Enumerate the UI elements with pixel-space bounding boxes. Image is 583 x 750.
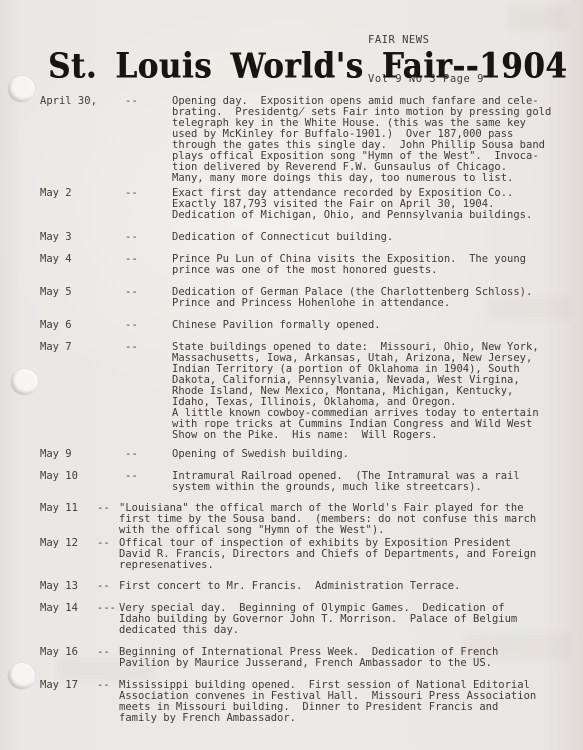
entry-text: Exact first day attendance recorded by E…	[172, 188, 560, 221]
entry-date: May 2	[40, 188, 125, 199]
entry-date: May 9	[40, 449, 125, 460]
entry-dash: --	[97, 581, 119, 592]
entry-dash: --	[125, 449, 172, 460]
entry-dash: --	[125, 471, 172, 482]
entry-text: Intramural Railroad opened. (The Intramu…	[172, 471, 560, 493]
timeline-entry: May 3 -- Dedication of Connecticut build…	[40, 232, 560, 243]
entry-date: May 6	[40, 320, 125, 331]
hole-punch-icon	[11, 369, 38, 395]
bleed-through-smudge	[508, 6, 568, 30]
entry-text: Offical tour of inspection of exhibits b…	[119, 538, 565, 571]
page-title: St. Louis World's Fair--1904	[48, 46, 567, 86]
timeline-entry: May 14 --- Very special day. Beginning o…	[40, 603, 565, 636]
entry-dash: --	[97, 538, 119, 549]
entry-date: May 13	[40, 581, 97, 592]
entry-dash: --	[125, 254, 172, 265]
timeline-entry: April 30, -- Opening day. Exposition ope…	[40, 96, 560, 184]
entry-dash: --	[97, 647, 119, 658]
entry-text: Opening day. Exposition opens amid much …	[172, 96, 560, 184]
timeline-entry: May 9 -- Opening of Swedish building.	[40, 449, 560, 460]
entry-text: State buildings opened to date: Missouri…	[172, 342, 560, 441]
entry-date: April 30,	[40, 96, 125, 107]
entry-date: May 5	[40, 287, 125, 298]
timeline-entry: May 16 -- Beginning of International Pre…	[40, 647, 565, 669]
entry-date: May 11	[40, 503, 97, 514]
entry-date: May 3	[40, 232, 125, 243]
entry-text: "Louisiana" the offical march of the Wor…	[119, 503, 565, 536]
timeline-entry: May 11 -- "Louisiana" the offical march …	[40, 503, 565, 536]
timeline-entry: May 6 -- Chinese Pavilion formally opene…	[40, 320, 560, 331]
entry-text: Chinese Pavilion formally opened.	[172, 320, 560, 331]
entry-text: Dedication of Connecticut building.	[172, 232, 560, 243]
entry-text: Beginning of International Press Week. D…	[119, 647, 565, 669]
entry-date: May 14	[40, 603, 97, 614]
hole-punch-icon	[8, 76, 35, 102]
timeline-entry: May 17 -- Mississippi building opened. F…	[40, 680, 565, 724]
entry-dash: --	[125, 342, 172, 353]
entry-date: May 7	[40, 342, 125, 353]
timeline-entry: May 5 -- Dedication of German Palace (th…	[40, 287, 560, 309]
timeline-entry: May 10 -- Intramural Railroad opened. (T…	[40, 471, 560, 493]
entry-text: First concert to Mr. Francis. Administra…	[119, 581, 565, 592]
entry-dash: --	[97, 680, 119, 691]
entry-date: May 17	[40, 680, 97, 691]
entry-dash: --	[97, 503, 119, 514]
entry-date: May 10	[40, 471, 125, 482]
entry-text: Dedication of German Palace (the Charlot…	[172, 287, 560, 309]
entry-text: Prince Pu Lun of China visits the Exposi…	[172, 254, 560, 276]
entry-dash: --	[125, 96, 172, 107]
entry-text: Opening of Swedish building.	[172, 449, 560, 460]
entry-dash: --	[125, 188, 172, 199]
entry-date: May 4	[40, 254, 125, 265]
entry-text: Mississippi building opened. First sessi…	[119, 680, 565, 724]
entry-date: May 16	[40, 647, 97, 658]
entry-dash: --	[125, 232, 172, 243]
timeline-entry: May 2 -- Exact first day attendance reco…	[40, 188, 560, 221]
timeline-entry: May 7 -- State buildings opened to date:…	[40, 342, 560, 441]
timeline-entry: May 13 -- First concert to Mr. Francis. …	[40, 581, 565, 592]
timeline-entry: May 12 -- Offical tour of inspection of …	[40, 538, 565, 571]
newsletter-page: FAIR NEWS Vol 9 No 3 Page 9 St. Louis Wo…	[0, 0, 583, 750]
hole-punch-icon	[8, 663, 35, 689]
entry-dash: ---	[97, 603, 119, 614]
entry-dash: --	[125, 320, 172, 331]
entry-dash: --	[125, 287, 172, 298]
timeline-entry: May 4 -- Prince Pu Lun of China visits t…	[40, 254, 560, 276]
entry-date: May 12	[40, 538, 97, 549]
entry-text: Very special day. Beginning of Olympic G…	[119, 603, 565, 636]
